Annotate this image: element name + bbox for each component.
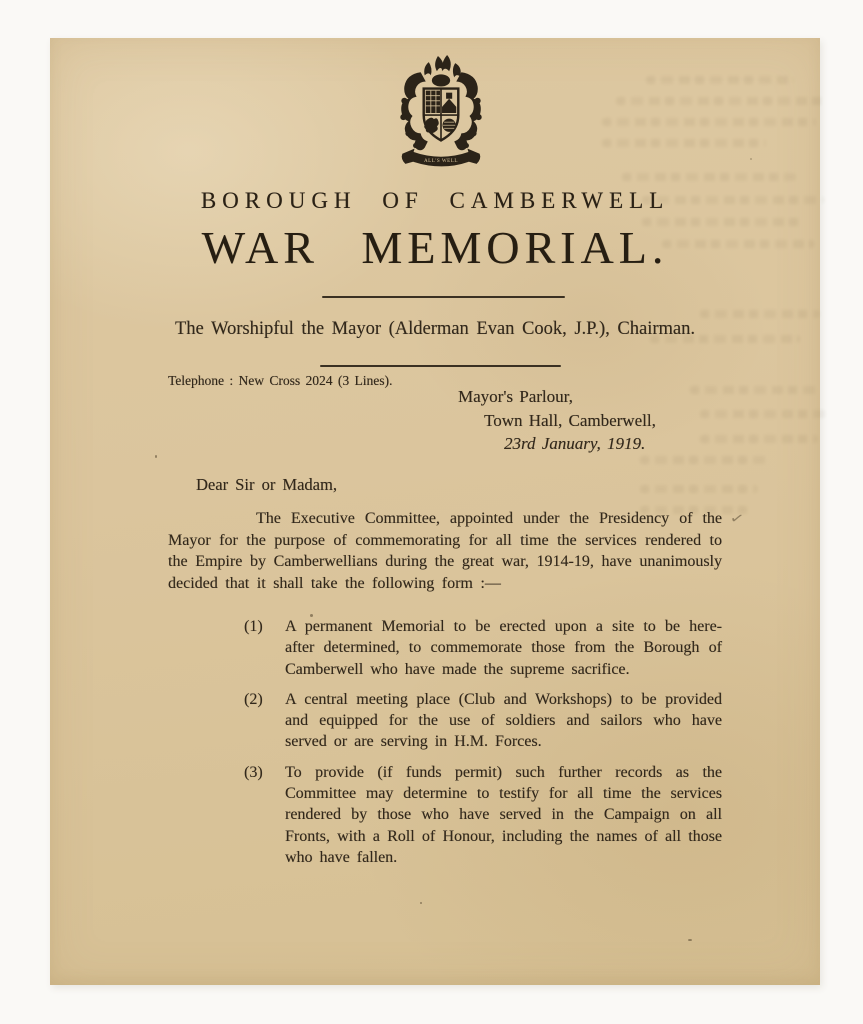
pencil-check-mark: ✓	[728, 510, 745, 529]
divider-rule-bottom	[320, 365, 561, 367]
bleed-through	[602, 139, 766, 147]
bleed-through	[700, 310, 820, 318]
address-line-2: Town Hall, Camberwell,	[484, 409, 656, 433]
paper-speck	[688, 939, 692, 941]
divider-rule-top	[322, 296, 565, 298]
item-text: To provide (if funds permit) such furthe…	[285, 764, 722, 866]
organisation-name: BOROUGH OF CAMBERWELL	[50, 188, 820, 214]
item-text: A central meeting place (Club and Worksh…	[285, 691, 722, 751]
bleed-through	[690, 386, 818, 394]
bleed-through	[616, 97, 824, 105]
bleed-through	[640, 456, 768, 464]
letter-paper: ALL'S WELL BOROUGH OF CAMBERWELL WAR MEM…	[50, 38, 820, 985]
bleed-through	[646, 76, 794, 84]
date-line: 23rd January, 1919.	[504, 432, 656, 456]
item-number: (1)	[244, 616, 263, 637]
paper-speck	[310, 614, 313, 617]
paper-speck	[155, 455, 157, 458]
intro-paragraph: The Executive Committee, appointed under…	[168, 508, 722, 595]
item-text: A permanent Memorial to be erected upon …	[285, 618, 722, 678]
paper-speck	[420, 902, 422, 904]
memorial-list: (1) A permanent Memorial to be erected u…	[50, 616, 820, 877]
list-item-1: (1) A permanent Memorial to be erected u…	[285, 616, 722, 680]
address-line-1: Mayor's Parlour,	[458, 385, 656, 409]
list-item-2: (2) A central meeting place (Club and Wo…	[285, 689, 722, 753]
coat-of-arms-icon: ALL'S WELL	[389, 54, 493, 172]
crest-motto: ALL'S WELL	[424, 158, 458, 164]
salutation: Dear Sir or Madam,	[196, 475, 337, 495]
bleed-through	[700, 435, 818, 443]
telephone-line: Telephone : New Cross 2024 (3 Lines).	[168, 373, 392, 389]
chairman-line: The Worshipful the Mayor (Alderman Evan …	[50, 319, 820, 340]
item-number: (2)	[244, 689, 263, 710]
bleed-through	[700, 410, 826, 418]
letter-title: WAR MEMORIAL.	[50, 221, 820, 274]
item-number: (3)	[244, 762, 263, 783]
bleed-through	[640, 485, 758, 493]
bleed-through	[622, 173, 796, 181]
bleed-through	[602, 118, 816, 126]
list-item-3: (3) To provide (if funds permit) such fu…	[285, 762, 722, 868]
paper-speck	[750, 158, 752, 160]
address-block: Mayor's Parlour, Town Hall, Camberwell, …	[458, 385, 656, 456]
